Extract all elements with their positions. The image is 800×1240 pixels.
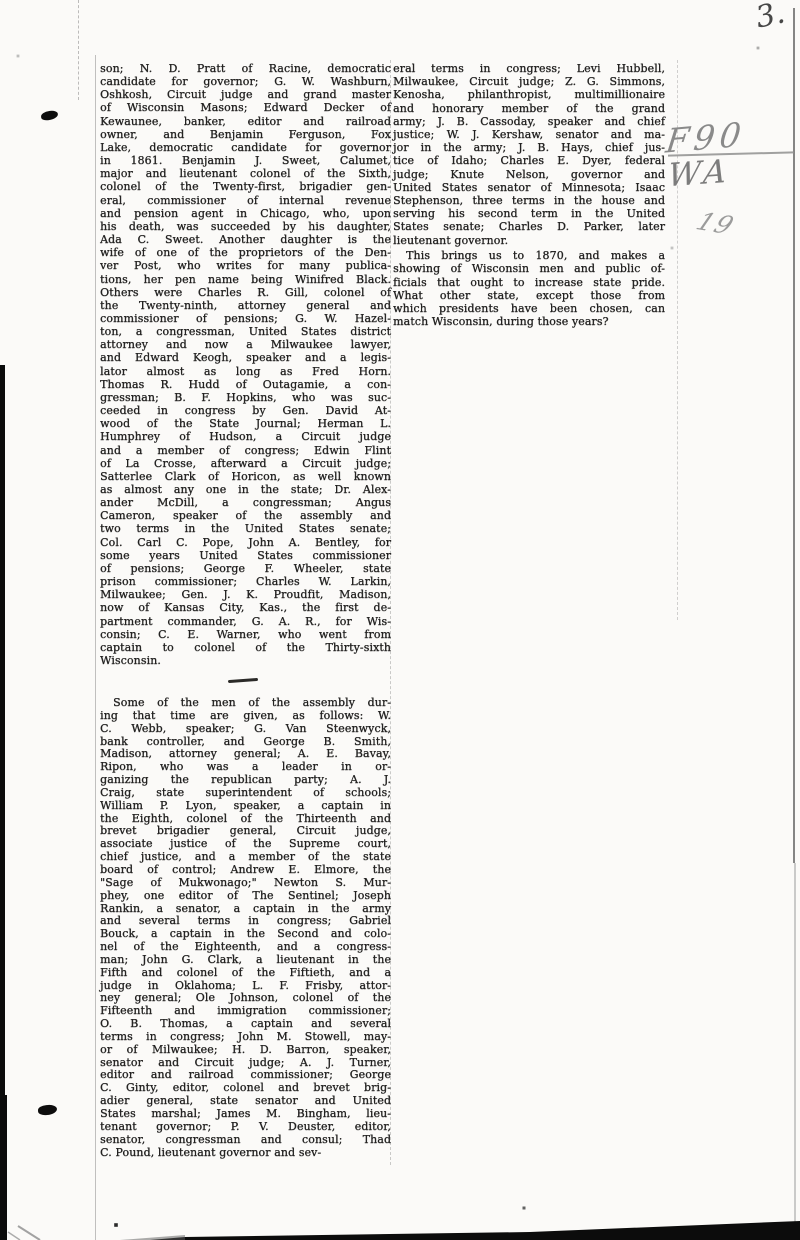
text-line: man; John G. Clark, a lieutenant in the [100, 954, 391, 967]
text-line: Fifth and colonel of the Fiftieth, and a [100, 967, 391, 980]
text-line: States marshal; James M. Bingham, lieu- [100, 1108, 391, 1121]
text-line: son; N. D. Pratt of Racine, democratic [100, 62, 391, 75]
text-line: terms in congress; John M. Stowell, may- [100, 1031, 391, 1044]
text-line: showing of Wisconsin men and public of- [393, 262, 665, 275]
text-line: wife of one of the proprietors of the De… [100, 246, 391, 259]
text-line: Satterlee Clark of Horicon, as well know… [100, 470, 391, 483]
text-line: William P. Lyon, speaker, a captain in [100, 800, 391, 813]
text-line: army; J. B. Cassoday, speaker and chief [393, 115, 665, 128]
scan-page: son; N. D. Pratt of Racine, democraticca… [0, 0, 800, 1240]
text-line: match Wisconsin, during those years? [393, 315, 665, 328]
text-line: commissioner of pensions; G. W. Hazel- [100, 312, 391, 325]
text-line: attorney and now a Milwaukee lawyer, [100, 338, 391, 351]
right-column-paragraph-2: This brings us to 1870, and makes ashowi… [393, 249, 665, 329]
text-line: in 1861. Benjamin J. Sweet, Calumet, [100, 154, 391, 167]
text-line: and honorary member of the grand [393, 102, 665, 115]
text-line: wood of the State Journal; Herman L. [100, 417, 391, 430]
text-line: Ada C. Sweet. Another daughter is the [100, 233, 391, 246]
text-line: jor in the army; J. B. Hays, chief jus- [393, 141, 665, 154]
text-line: Col. Carl C. Pope, John A. Bentley, for [100, 536, 391, 549]
text-line: ing that time are given, as follows: W. [100, 710, 391, 723]
text-line: lieutenant governor. [393, 234, 665, 247]
text-line: Lake, democratic candidate for governor [100, 141, 391, 154]
text-line: tice of Idaho; Charles E. Dyer, federal [393, 154, 665, 167]
text-line: his death, was succeeded by his daughter… [100, 220, 391, 233]
text-line: of Wisconsin Masons; Edward Decker of [100, 101, 391, 114]
text-line: which presidents have been chosen, can [393, 302, 665, 315]
text-line: nel of the Eighteenth, and a congress- [100, 941, 391, 954]
handwritten-mark-wa: WA [667, 152, 732, 195]
text-line: ganizing the republican party; A. J. [100, 774, 391, 787]
text-line: C. Webb, speaker; G. Van Steenwyck, [100, 723, 391, 736]
text-line: partment commander, G. A. R., for Wis- [100, 615, 391, 628]
text-line: and a member of congress; Edwin Flint [100, 444, 391, 457]
text-line: Milwaukee; Gen. J. K. Proudfit, Madison, [100, 588, 391, 601]
text-line: Craig, state superintendent of schools; [100, 787, 391, 800]
text-line: and Edward Keogh, speaker and a legis- [100, 351, 391, 364]
text-line: Kewaunee, banker, editor and railroad [100, 115, 391, 128]
text-line: of La Crosse, afterward a Circuit judge; [100, 457, 391, 470]
text-line: United States senator of Minnesota; Isaa… [393, 181, 665, 194]
text-line: Oshkosh, Circuit judge and grand master [100, 88, 391, 101]
text-line: eral, commissioner of internal revenue [100, 194, 391, 207]
text-line: the Twenty-ninth, attorney general and [100, 299, 391, 312]
text-line: This brings us to 1870, and makes a [393, 249, 665, 262]
text-line: serving his second term in the United [393, 207, 665, 220]
text-line: Kenosha, philanthropist, multimillionair… [393, 88, 665, 101]
text-line: "Sage of Mukwonago;" Newton S. Mur- [100, 877, 391, 890]
text-line: Stephenson, three terms in the house and [393, 194, 665, 207]
text-line: Others were Charles R. Gill, colonel of [100, 286, 391, 299]
text-line: two terms in the United States senate; [100, 522, 391, 535]
text-line: States senate; Charles D. Parker, later [393, 220, 665, 233]
text-line: O. B. Thomas, a captain and several [100, 1018, 391, 1031]
text-line: What other state, except those from [393, 289, 665, 302]
text-line: of pensions; George F. Wheeler, state [100, 562, 391, 575]
text-line: phey, one editor of The Sentinel; Joseph [100, 890, 391, 903]
text-line: ceeded in congress by Gen. David At- [100, 404, 391, 417]
text-line: colonel of the Twenty-first, brigadier g… [100, 180, 391, 193]
text-line: tenant governor; P. V. Deuster, editor, [100, 1121, 391, 1134]
text-line: now of Kansas City, Kas., the first de- [100, 601, 391, 614]
clipping-left-edge-line [78, 0, 79, 100]
text-line: Thomas R. Hudd of Outagamie, a con- [100, 378, 391, 391]
text-line: judge; Knute Nelson, governor and [393, 168, 665, 181]
text-line: justice; W. J. Kershaw, senator and ma- [393, 128, 665, 141]
text-line: consin; C. E. Warner, who went from [100, 628, 391, 641]
text-line: gressman; B. F. Hopkins, who was suc- [100, 391, 391, 404]
text-line: C. Pound, lieutenant governor and sev- [100, 1147, 391, 1160]
text-line: some years United States commissioner [100, 549, 391, 562]
handwritten-page-number: 3. [753, 0, 788, 36]
text-line: Cameron, speaker of the assembly and [100, 509, 391, 522]
text-line: ver Post, who writes for many publica- [100, 259, 391, 272]
text-line: captain to colonel of the Thirty-sixth [100, 641, 391, 654]
text-line: eral terms in congress; Levi Hubbell, [393, 62, 665, 75]
text-line: ficials that ought to increase state pri… [393, 276, 665, 289]
text-line: lator almost as long as Fred Horn. [100, 365, 391, 378]
text-line: senator, congressman and consul; Thad [100, 1134, 391, 1147]
text-line: as almost any one in the state; Dr. Alex… [100, 483, 391, 496]
text-line: tions, her pen name being Winifred Black… [100, 273, 391, 286]
text-line: prison commissioner; Charles W. Larkin, [100, 575, 391, 588]
column-rule-left [95, 55, 96, 1240]
right-column-paragraph-1: eral terms in congress; Levi Hubbell,Mil… [393, 62, 665, 247]
text-line: Some of the men of the assembly dur- [100, 697, 391, 710]
left-column-paragraph-1: son; N. D. Pratt of Racine, democraticca… [100, 62, 391, 667]
text-line: ton, a congressman, United States distri… [100, 325, 391, 338]
text-line: Milwaukee, Circuit judge; Z. G. Simmons, [393, 75, 665, 88]
text-line: Humphrey of Hudson, a Circuit judge [100, 430, 391, 443]
text-line: board of control; Andrew E. Elmore, the [100, 864, 391, 877]
dust-specks [0, 0, 2, 2]
text-line: and pension agent in Chicago, who, upon [100, 207, 391, 220]
text-line: candidate for governor; G. W. Washburn, [100, 75, 391, 88]
text-line: owner, and Benjamin Ferguson, Fox [100, 128, 391, 141]
text-line: major and lieutenant colonel of the Sixt… [100, 167, 391, 180]
text-line: or of Milwaukee; H. D. Barron, speaker, [100, 1044, 391, 1057]
left-column-paragraph-2: Some of the men of the assembly dur-ing … [100, 697, 391, 1159]
text-line: Wisconsin. [100, 654, 391, 667]
text-line: ander McDill, a congressman; Angus [100, 496, 391, 509]
